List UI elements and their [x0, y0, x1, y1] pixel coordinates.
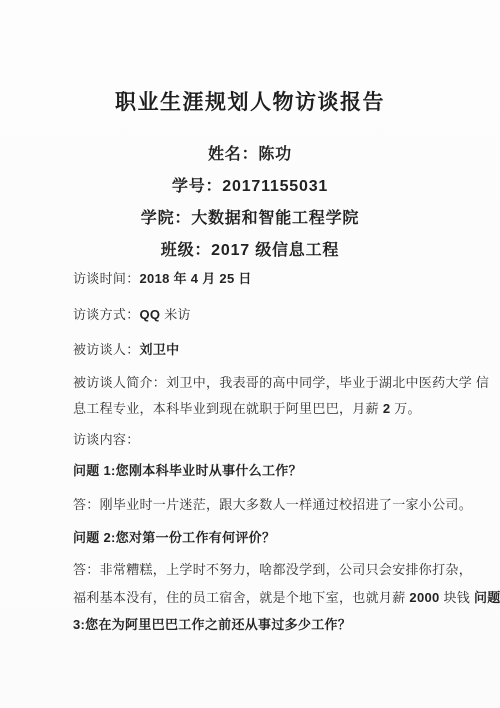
answer-2-line-1: 答：非常糟糕，上学时不努力，啥都没学到，公司只会安排你打杂，: [73, 563, 472, 576]
interview-method-value-rest: 米访: [160, 307, 191, 322]
answer-1-line: 答：刚毕业时一片迷茫，跟大多数人一样通过校招进了一家小公司。: [73, 498, 472, 511]
interviewee-label: 被访谈人：: [73, 342, 140, 357]
answer-2-line-2-text: 福利基本没有，住的员工宿舍，就是个地下室，也就月薪: [73, 590, 409, 605]
question-3-number: 3: [73, 617, 81, 632]
student-id-line: 学号：20171155031: [0, 179, 500, 195]
student-college-line: 学院：大数据和智能工程学院: [0, 211, 500, 227]
question-2-line: 问题 2:您对第一份工作有何评价？: [73, 531, 275, 544]
interviewee-intro-line-1: 被访谈人简介：刘卫中，我表哥的高中同学，毕业于湖北中医药大学 信: [73, 376, 489, 389]
interview-method-value-qq: QQ: [140, 307, 161, 322]
answer-2-salary-number: 2000: [409, 590, 439, 605]
interview-method-line: 访谈方式：QQ 米访: [73, 308, 191, 321]
interview-report-page: 职业生涯规划人物访谈报告 姓名：陈功 学号：20171155031 学院：大数据…: [0, 0, 500, 708]
interview-time-value: 2018 年 4 月 25 日: [140, 271, 252, 286]
interview-time-label: 访谈时间：: [73, 271, 140, 286]
intro-line2-tail: 万。: [390, 401, 421, 416]
answer-2-line-2: 福利基本没有，住的员工宿舍，就是个地下室，也就月薪 2000 块钱 问题: [73, 591, 500, 604]
interview-method-label: 访谈方式：: [73, 307, 140, 322]
interview-content-heading: 访谈内容：: [73, 433, 140, 446]
question-1-line: 问题 1:您刚本科毕业时从事什么工作？: [73, 464, 302, 477]
report-title: 职业生涯规划人物访谈报告: [0, 92, 500, 113]
interviewee-line: 被访谈人：刘卫中: [73, 343, 179, 356]
intro-line2-text: 息工程专业，本科毕业到现在就职于阿里巴巴，月薪: [73, 401, 383, 416]
interviewee-value: 刘卫中: [140, 342, 180, 357]
question-3-prefix: 问题: [474, 590, 500, 605]
interviewee-intro-line-2: 息工程专业，本科毕业到现在就职于阿里巴巴，月薪 2 万。: [73, 402, 421, 415]
question-3-line: 3:您在为阿里巴巴工作之前还从事过多少工作？: [73, 618, 351, 631]
answer-2-line-2-mid: 块钱: [440, 590, 474, 605]
interview-time-line: 访谈时间：2018 年 4 月 25 日: [73, 272, 252, 285]
student-name-line: 姓名：陈功: [0, 147, 500, 163]
student-class-line: 班级：2017 级信息工程: [0, 243, 500, 259]
question-3-text: :您在为阿里巴巴工作之前还从事过多少工作？: [81, 617, 352, 632]
